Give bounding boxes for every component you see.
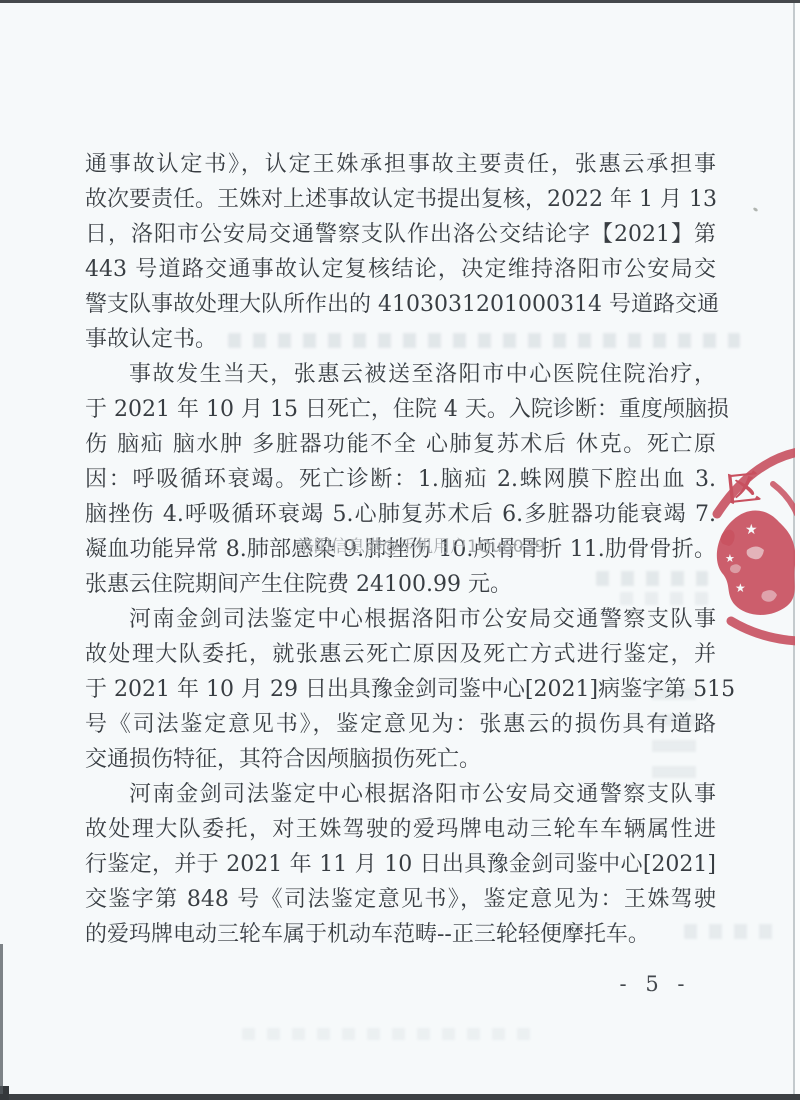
- star-icon: ★: [745, 522, 758, 538]
- text-line: 因：呼吸循环衰竭。死亡诊断：1.脑疝 2.蛛网膜下腔出血 3.: [85, 462, 716, 497]
- scan-edge-top: [0, 0, 800, 3]
- text-line: 故次要责任。王姝对上述事故认定书提出复核，2022 年 1 月 13: [85, 182, 716, 217]
- text-line: 张惠云住院期间产生住院费 24100.99 元。: [85, 567, 716, 602]
- scan-right-margin: [795, 3, 800, 1094]
- text-line: 交鉴字第 848 号《司法鉴定意见书》，鉴定意见为：王姝驾驶: [85, 882, 716, 917]
- page-number: - 5 -: [600, 972, 710, 996]
- text-line: 故处理大队委托，对王姝驾驶的爱玛牌电动三轮车车辆属性进: [85, 812, 716, 847]
- text-line: 事故认定书。: [85, 322, 716, 357]
- text-line: 于 2021 年 10 月 29 日出具豫金剑司鉴中心[2021]病鉴字第 51…: [85, 672, 716, 707]
- star-icon: ★: [735, 581, 746, 595]
- scanned-document-page: { "document": { "paragraphs": [ { "inden…: [0, 0, 800, 1100]
- text-line: 故处理大队委托，就张惠云死亡原因及死亡方式进行鉴定，并: [85, 637, 716, 672]
- seal-ring-arc-bottom: [731, 621, 795, 641]
- text-line: 443 号道路交通事故认定复核结论，决定维持洛阳市公安局交: [85, 252, 716, 287]
- scan-edge-left: [0, 944, 3, 1094]
- seal-emblem: ★ ★ ★: [717, 510, 795, 615]
- seal-character: 区: [725, 467, 763, 510]
- text-line: 事故发生当天，张惠云被送至洛阳市中心医院住院治疗，: [85, 357, 716, 392]
- watermark-text: 洛阳信息港@手机用户1Qu6039: [297, 536, 545, 558]
- text-line: 的爱玛牌电动三轮车属于机动车范畴--正三轮轻便摩托车。: [85, 917, 716, 952]
- text-line: 警支队事故处理大队所作出的 4103031201000314 号道路交通: [85, 287, 716, 322]
- scan-speck: [753, 207, 759, 212]
- bleed-through-smudge: [242, 1028, 542, 1040]
- text-line: 行鉴定，并于 2021 年 11 月 10 日出具豫金剑司鉴中心[2021]: [85, 847, 716, 882]
- text-line: 交通损伤特征，其符合因颅脑损伤死亡。: [85, 742, 716, 777]
- text-line: 号《司法鉴定意见书》，鉴定意见为：张惠云的损伤具有道路: [85, 707, 716, 742]
- official-seal: 区 ★ ★ ★: [703, 432, 795, 647]
- seal-ring-arc-inner: [773, 484, 795, 514]
- scan-edge-bottom: [0, 1094, 800, 1100]
- text-line: 河南金剑司法鉴定中心根据洛阳市公安局交通警察支队事: [85, 602, 716, 637]
- text-line: 日，洛阳市公安局交通警察支队作出洛公交结论字【2021】第: [85, 217, 716, 252]
- text-line: 脑挫伤 4.呼吸循环衰竭 5.心肺复苏术后 6.多脏器功能衰竭 7.: [85, 497, 716, 532]
- text-line: 伤 脑疝 脑水肿 多脏器功能不全 心肺复苏术后 休克。死亡原: [85, 427, 716, 462]
- star-icon: ★: [725, 552, 735, 565]
- text-line: 河南金剑司法鉴定中心根据洛阳市公安局交通警察支队事: [85, 777, 716, 812]
- text-line: 于 2021 年 10 月 15 日死亡，住院 4 天。入院诊断：重度颅脑损: [85, 392, 716, 427]
- text-line: 通事故认定书》，认定王姝承担事故主要责任，张惠云承担事: [85, 147, 716, 182]
